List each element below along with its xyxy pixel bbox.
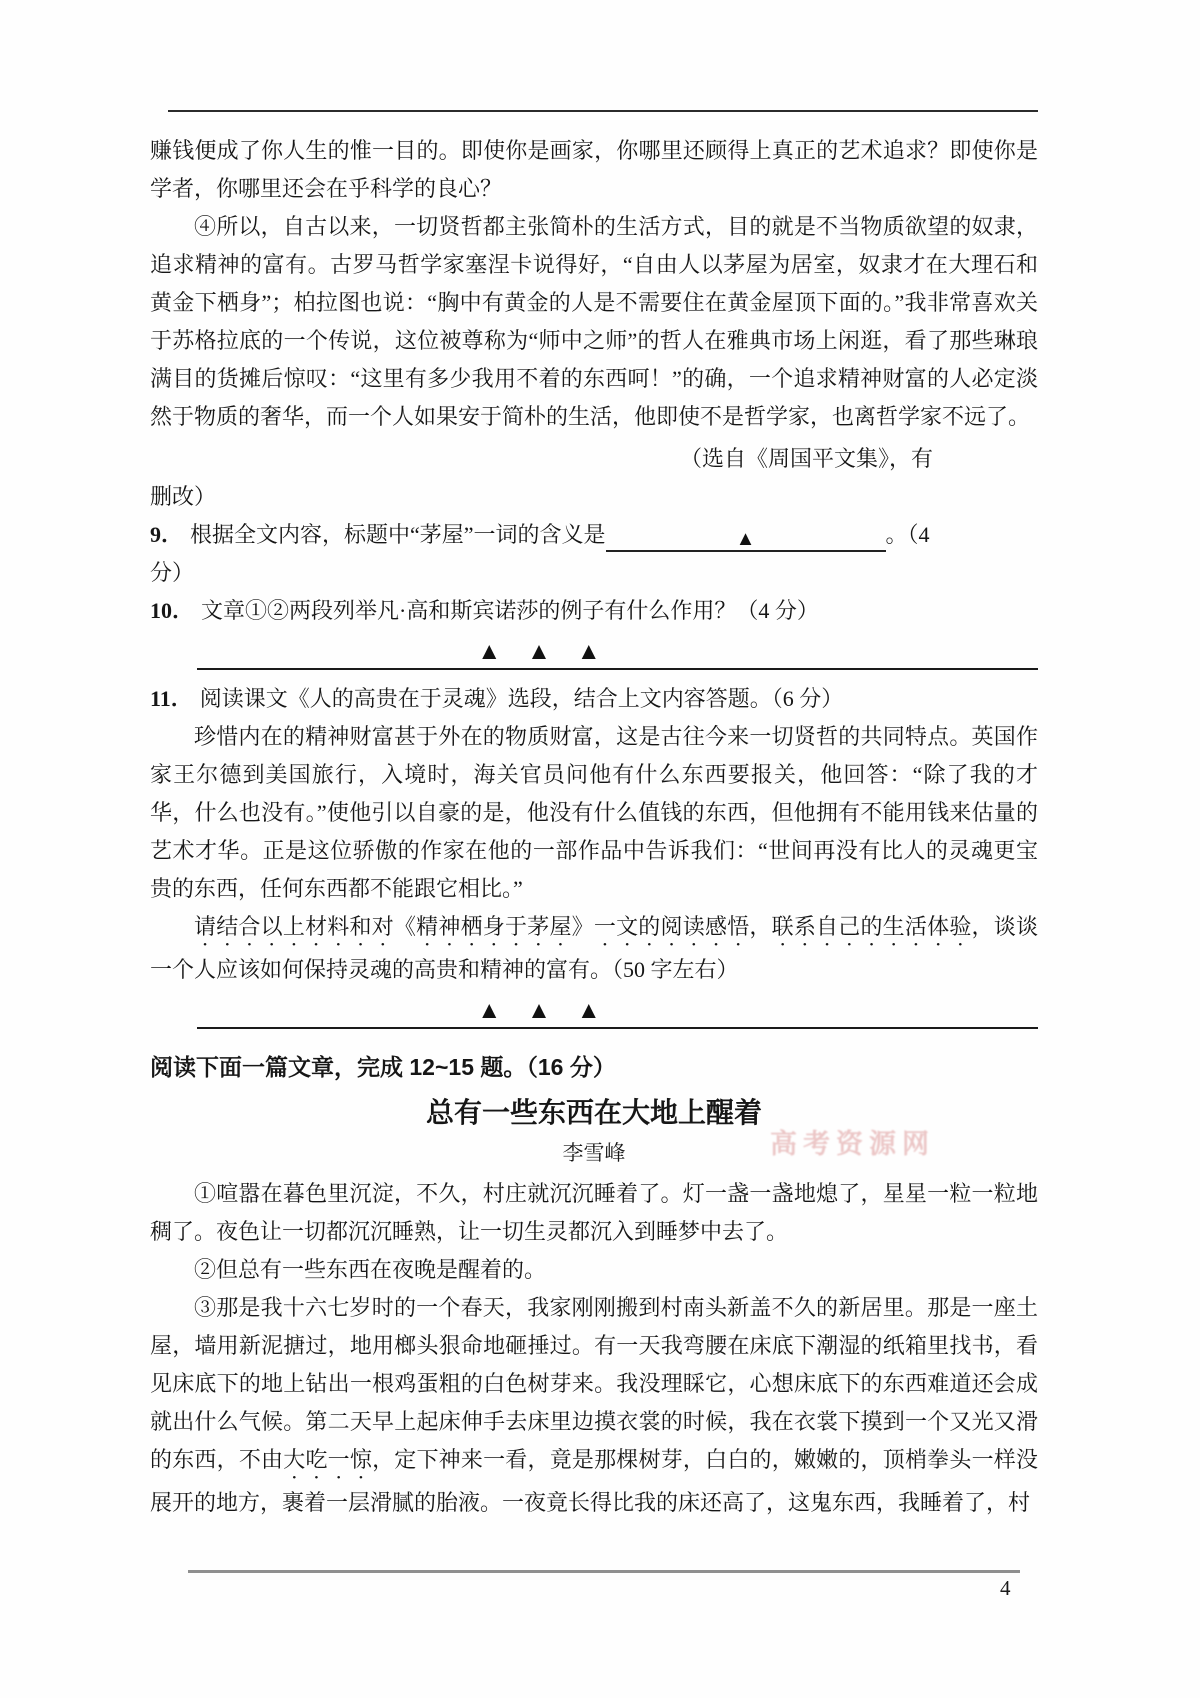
passage1-continuation: 赚钱便成了你人生的惟一目的。即使你是画家，你哪里还顾得上真正的艺术追求？即使你是…	[150, 132, 1038, 208]
question-9-number: 9．	[150, 522, 190, 547]
answer-markers-row: ▲▲▲	[95, 995, 983, 1027]
answer-triangle-icon: ▲	[527, 639, 551, 665]
passage2-section-header: 阅读下面一篇文章，完成 12~15 题。（16 分）	[150, 1049, 1038, 1085]
passage2-para3-before: ③那是我十六七岁时的一个春天，我家刚刚搬到村南头新盖不久的新居里。那是一座土屋，…	[150, 1295, 1038, 1472]
article-author: 李雪峰	[150, 1135, 1038, 1171]
page-content: 赚钱便成了你人生的惟一目的。即使你是画家，你哪里还顾得上真正的艺术追求？即使你是…	[150, 100, 1038, 1522]
passage2-para3-emphasized: 大吃一惊	[283, 1447, 372, 1472]
question-9-prompt: 根据全文内容，标题中“茅屋”一词的含义是	[190, 522, 606, 547]
article-title: 总有一些东西在大地上醒着	[150, 1091, 1038, 1135]
question-9-wrap: 分）	[150, 554, 1038, 592]
answer-triangle-icon: ▲	[477, 639, 501, 665]
answer-triangle-icon: ▲	[477, 998, 501, 1024]
answer-triangle-icon: ▲	[527, 998, 551, 1024]
question-10-line: 10．文章①②两段列举凡·高和斯宾诺莎的例子有什么作用？（4 分）	[150, 592, 1038, 630]
answer-rule	[197, 1027, 1038, 1029]
question-11-number: 11．	[150, 686, 200, 711]
answer-markers-row: ▲▲▲	[95, 636, 983, 668]
passage2-para1: ①喧嚣在暮色里沉淀，不久，村庄就沉沉睡着了。灯一盏一盏地熄了，星星一粒一粒地稠了…	[150, 1175, 1038, 1251]
question-10-number: 10．	[150, 598, 201, 623]
header-rule	[168, 110, 1038, 112]
passage2-para3: ③那是我十六七岁时的一个春天，我家刚刚搬到村南头新盖不久的新居里。那是一座土屋，…	[150, 1289, 1038, 1522]
answer-area-q10: ▲▲▲	[150, 636, 1038, 670]
question-11-prompt: 阅读课文《人的高贵在于灵魂》选段，结合上文内容答题。（6 分）	[200, 686, 844, 711]
passage2-para2: ②但总有一些东西在夜晚是醒着的。	[150, 1251, 1038, 1289]
question-10-prompt: 文章①②两段列举凡·高和斯宾诺莎的例子有什么作用？（4 分）	[201, 598, 819, 623]
question-9-line: 9．根据全文内容，标题中“茅屋”一词的含义是▲。（4	[150, 516, 1038, 554]
passage1-para4: ④所以，自古以来，一切贤哲都主张简朴的生活方式，目的就是不当物质欲望的奴隶，追求…	[150, 208, 1038, 436]
question-11-line: 11．阅读课文《人的高贵在于灵魂》选段，结合上文内容答题。（6 分）	[150, 680, 1038, 718]
answer-triangle-icon: ▲	[736, 528, 756, 550]
answer-area-q11: ▲▲▲	[150, 995, 1038, 1029]
answer-triangle-icon: ▲	[577, 639, 601, 665]
question-11-task-emphasized: 请结合以上材料和对《精神栖身于茅屋》一文的阅读感悟，联系自己的生活体验	[194, 914, 972, 939]
question-9-score: 。（4	[886, 522, 930, 547]
answer-triangle-icon: ▲	[577, 998, 601, 1024]
footer-rule	[188, 1570, 1020, 1573]
answer-rule	[197, 668, 1038, 670]
question-9-answer-blank: ▲	[606, 526, 886, 552]
source-attribution: （选自《周国平文集》，有	[150, 440, 1038, 478]
question-11-excerpt: 珍惜内在的精神财富甚于外在的物质财富，这是古往今来一切贤哲的共同特点。英国作家王…	[150, 718, 1038, 908]
exam-page: 赚钱便成了你人生的惟一目的。即使你是画家，你哪里还顾得上真正的艺术追求？即使你是…	[0, 0, 1200, 1698]
source-attribution-wrap: 删改）	[150, 478, 1038, 516]
page-number: 4	[1000, 1576, 1011, 1601]
question-11-task: 请结合以上材料和对《精神栖身于茅屋》一文的阅读感悟，联系自己的生活体验，谈谈一个…	[150, 908, 1038, 989]
